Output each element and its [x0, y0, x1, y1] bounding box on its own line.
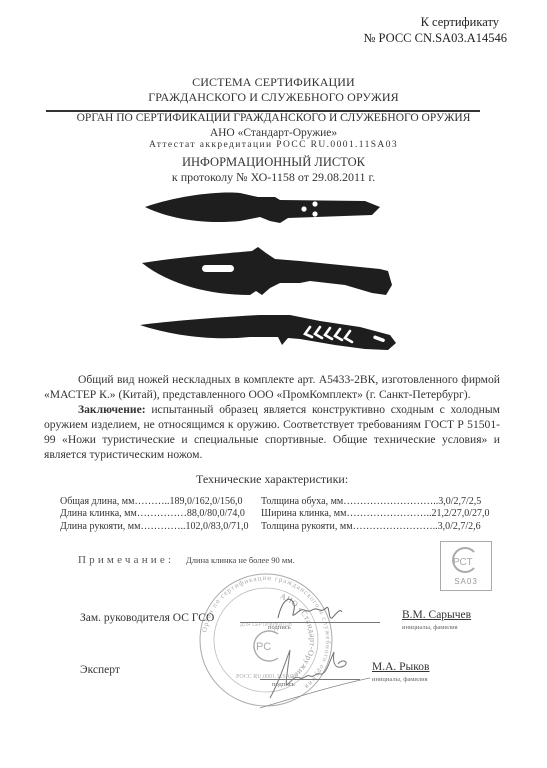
signatory-name-deputy: В.М. Сарычев [402, 609, 471, 621]
knife-2 [142, 247, 392, 295]
conclusion-paragraph: Заключение: испытанный образец является … [44, 402, 500, 462]
spec-dots: ……….. [134, 496, 169, 507]
spec-dots: ………….. [140, 521, 185, 532]
knives-photo-icon [140, 185, 430, 355]
handwritten-signature-icon [270, 590, 370, 630]
spec-row: Длина рукояти, мм…………..102,0/83,0/71,0 [60, 521, 249, 533]
spec-label: Ширина клинка, мм [261, 508, 346, 519]
signatory-name-expert: М.А. Рыков [372, 661, 429, 673]
conclusion-label: Заключение: [78, 403, 146, 416]
protocol-reference: к протоколу № ХО-1158 от 29.08.2011 г. [0, 170, 547, 185]
spec-label: Длина клинка, мм [60, 508, 137, 519]
info-sheet-title: ИНФОРМАЦИОННЫЙ ЛИСТОК [0, 155, 547, 170]
svg-text:РСТ: РСТ [453, 557, 473, 568]
spec-value: 189,0/162,0/156,0 [169, 496, 242, 507]
gost-mark-code: SA03 [440, 577, 492, 586]
specs-title: Технические характеристики: [196, 472, 348, 487]
spec-value: 21,2/27,0/27,0 [431, 508, 489, 519]
description-block: Общий вид ножей нескладных в комплекте а… [44, 372, 500, 462]
spec-label: Толщина рукояти, мм [261, 521, 353, 532]
spec-label: Длина рукояти, мм [60, 521, 140, 532]
knife-1 [145, 193, 380, 223]
spec-dots: …………… [137, 508, 187, 519]
certification-body: ОРГАН ПО СЕРТИФИКАЦИИ ГРАЖДАНСКОГО И СЛУ… [0, 112, 547, 124]
signatory-name-caption: инициалы, фамилия [402, 624, 458, 631]
signatory-role-expert: Эксперт [80, 664, 120, 676]
note-label: Примечание: [78, 554, 174, 566]
spec-dots: …………………….. [346, 508, 431, 519]
knife-3 [140, 315, 396, 350]
note-text: Длина клинка не более 90 мм. [186, 555, 295, 565]
general-view-text: Общий вид ножей нескладных в комплекте а… [44, 372, 500, 402]
spec-row: Ширина клинка, мм……………………..21,2/27,0/27,… [261, 508, 490, 520]
certificate-reference: К сертификату № РОСС CN.SA03.A14546 [363, 14, 507, 46]
certificate-ref-label: К сертификату [363, 14, 507, 30]
rst-logo-icon: РСТ [441, 542, 491, 578]
system-title-line2: ГРАЖДАНСКОГО И СЛУЖЕБНОГО ОРУЖИЯ [0, 90, 547, 104]
specs-right-column: Толщина обуха, мм………………………..3,0/2,7/2,5 … [261, 496, 490, 533]
spec-dots: …………………….. [353, 521, 438, 532]
system-title-line1: СИСТЕМА СЕРТИФИКАЦИИ [0, 75, 547, 89]
spec-label: Общая длина, мм [60, 496, 134, 507]
organization-name: АНО «Стандарт-Оружие» [0, 127, 547, 139]
spec-value: 88,0/80,0/74,0 [187, 508, 245, 519]
spec-row: Длина клинка, мм……………88,0/80,0/74,0 [60, 508, 249, 520]
accreditation-attestat: Аттестат аккредитации РОСС RU.0001.11SA0… [0, 140, 547, 150]
spec-row: Общая длина, мм………..189,0/162,0/156,0 [60, 496, 249, 508]
certificate-number: № РОСС CN.SA03.A14546 [363, 30, 507, 46]
spec-row: Толщина рукояти, мм……………………..3,0/2,7/2,6 [261, 521, 490, 533]
handwritten-signature-icon [240, 640, 380, 710]
spec-value: 3,0/2,7/2,5 [438, 496, 481, 507]
signatory-name-caption: инициалы, фамилия [372, 676, 428, 683]
specs-left-column: Общая длина, мм………..189,0/162,0/156,0 Дл… [60, 496, 249, 533]
signatory-role-deputy: Зам. руководителя ОС ГСО [80, 612, 214, 624]
spec-label: Толщина обуха, мм [261, 496, 343, 507]
spec-dots: ……………………….. [343, 496, 438, 507]
faint-scan-text: · · · · · [460, 528, 479, 536]
spec-value: 102,0/83,0/71,0 [185, 521, 248, 532]
spec-row: Толщина обуха, мм………………………..3,0/2,7/2,5 [261, 496, 490, 508]
